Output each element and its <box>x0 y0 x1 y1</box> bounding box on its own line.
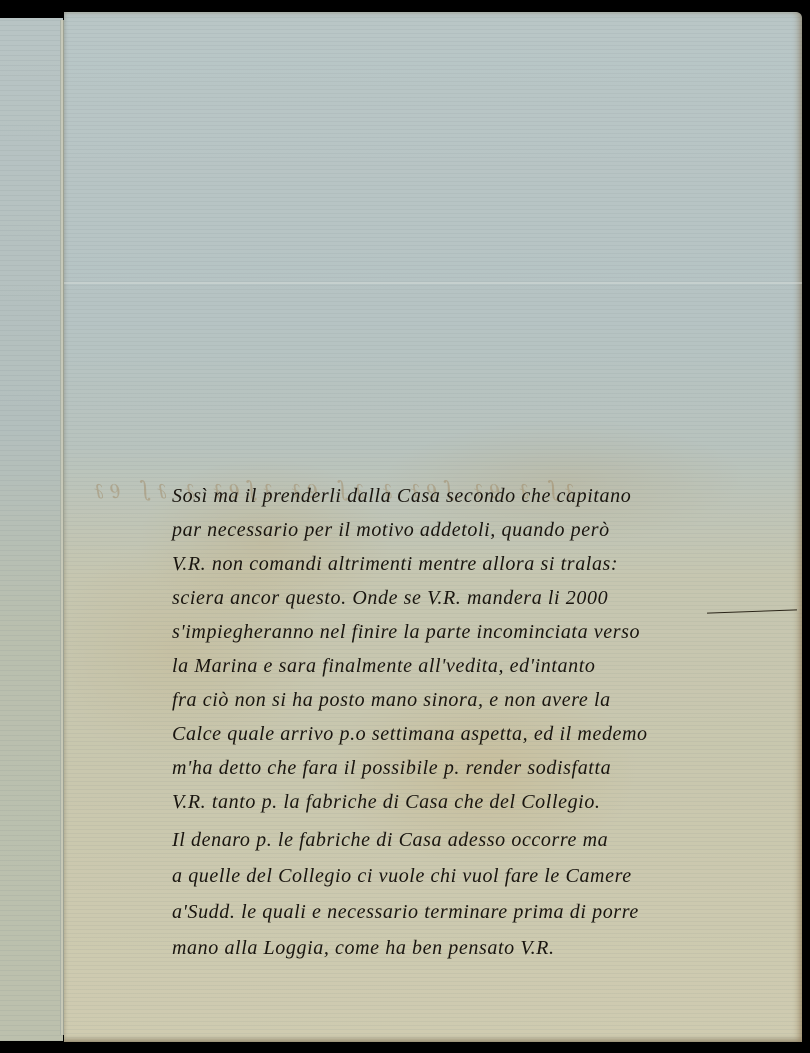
letter-line: m'ha detto che fara il possibile p. rend… <box>172 757 611 780</box>
paper-crease <box>64 282 802 284</box>
letter-line: a quelle del Collegio ci vuole chi vuol … <box>172 865 632 888</box>
letter-line: V.R. non comandi altrimenti mentre allor… <box>172 553 618 576</box>
letter-line: s'impiegheranno nel finire la parte inco… <box>172 621 640 644</box>
letter-line: par necessario per il motivo addetoli, q… <box>172 519 610 542</box>
letter-line: Sosì ma il prenderli dalla Casa secondo … <box>172 485 631 508</box>
letter-line: la Marina e sara finalmente all'vedita, … <box>172 655 596 678</box>
letter-line: fra ciò non si ha posto mano sinora, e n… <box>172 689 611 712</box>
letter-line: V.R. tanto p. la fabriche di Casa che de… <box>172 791 601 814</box>
left-page-fragment <box>0 18 63 1041</box>
letter-line: mano alla Loggia, come ha ben pensato V.… <box>172 937 555 960</box>
manuscript-scan: Donne ecuave d. Can bi: ser: oue del. po… <box>0 0 810 1053</box>
letter-line: a'Sudd. le quali e necessario terminare … <box>172 901 639 924</box>
letter-line: Calce quale arrivo p.o settimana aspetta… <box>172 723 648 746</box>
letter-line: Il denaro p. le fabriche di Casa adesso … <box>172 829 608 852</box>
letter-line: sciera ancor questo. Onde se V.R. mander… <box>172 587 608 610</box>
